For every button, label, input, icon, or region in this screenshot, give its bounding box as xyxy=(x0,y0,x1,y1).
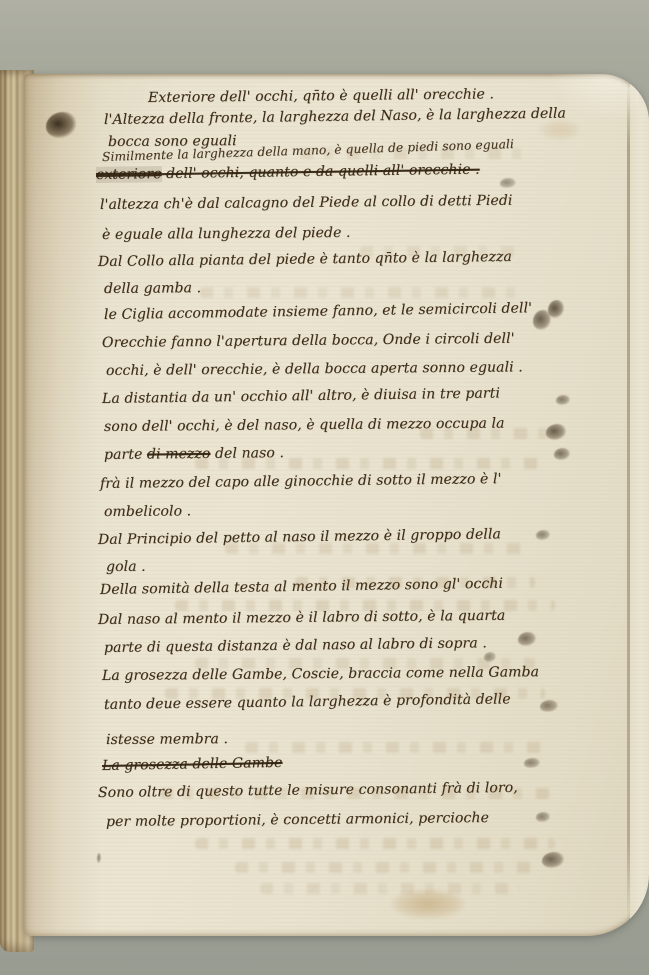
paper-stain xyxy=(540,120,580,140)
handwritten-text: del naso . xyxy=(210,445,284,462)
handwritten-text: ombelicolo . xyxy=(104,503,191,520)
paper-stain xyxy=(392,890,464,918)
ink-smudge xyxy=(542,852,564,868)
bleedthrough-ghost xyxy=(235,862,535,873)
handwritten-text: l'altezza ch'è dal calcagno del Piede al… xyxy=(100,193,513,213)
handwritten-text: è eguale alla lunghezza del piede . xyxy=(102,225,351,243)
ink-smudge xyxy=(556,395,570,405)
ink-smudge xyxy=(484,652,496,662)
manuscript-line: exteriore dell' occhi, quanto e da quell… xyxy=(96,162,480,183)
manuscript-line: l'altezza ch'è dal calcagno del Piede al… xyxy=(100,193,513,213)
ink-smudge xyxy=(46,112,76,138)
manuscript-line: occhi, è dell' orecchie, è della bocca a… xyxy=(106,359,523,379)
handwritten-text: gola . xyxy=(106,559,146,575)
handwritten-text: Della somità della testa al mento il mez… xyxy=(100,576,503,598)
bleedthrough-ghost xyxy=(195,838,555,849)
manuscript-line: della gamba . xyxy=(104,280,201,297)
manuscript-line: Dal naso al mento il mezzo è il labro di… xyxy=(98,608,506,628)
handwritten-text: Dal Principio del petto al naso il mezzo… xyxy=(98,526,501,548)
manuscript-line: ombelicolo . xyxy=(104,503,191,520)
bleedthrough-ghost xyxy=(200,287,520,298)
manuscript-line: Dal Principio del petto al naso il mezzo… xyxy=(98,526,501,548)
handwritten-text: parte di questa distanza è dal naso al l… xyxy=(104,635,487,656)
manuscript-line: per molte proportioni, è concetti armoni… xyxy=(106,810,489,830)
manuscript-line: parte di questa distanza è dal naso al l… xyxy=(104,635,487,656)
handwritten-text: La distantia da un' occhio all' altro, è… xyxy=(102,385,500,407)
handwritten-text: tanto deue essere quanto la larghezza è … xyxy=(104,691,511,713)
handwritten-text: Exteriore dell' occhi, qn̄to è quelli al… xyxy=(148,86,494,106)
handwritten-text: Dal naso al mento il mezzo è il labro di… xyxy=(98,608,506,628)
handwritten-text: frà il mezzo del capo alle ginocchie di … xyxy=(100,471,502,492)
handwritten-text: per molte proportioni, è concetti armoni… xyxy=(106,810,489,830)
manuscript-line: La grosezza delle Gambe xyxy=(102,755,283,774)
struck-text: di mezzo xyxy=(147,446,211,463)
struck-text: La grosezza delle Gambe xyxy=(102,755,283,774)
manuscript-line: Sono oltre di questo tutte le misure con… xyxy=(98,780,518,801)
manuscript-line: La grosezza delle Gambe, Coscie, braccia… xyxy=(102,664,539,684)
handwritten-text: Orecchie fanno l'apertura della bocca, O… xyxy=(102,331,515,351)
manuscript-line: istesse membra . xyxy=(106,731,228,748)
ink-smudge xyxy=(97,853,101,863)
handwritten-text: l'Altezza della fronte, la larghezza del… xyxy=(104,106,566,128)
manuscript-line: tanto deue essere quanto la larghezza è … xyxy=(104,691,511,713)
bleedthrough-ghost xyxy=(245,742,545,753)
handwritten-text: La grosezza delle Gambe, Coscie, braccia… xyxy=(102,664,539,684)
handwritten-text: istesse membra . xyxy=(106,731,228,748)
ink-smudge xyxy=(518,632,536,646)
manuscript-line: è eguale alla lunghezza del piede . xyxy=(102,225,351,243)
ink-smudge xyxy=(524,758,540,768)
handwritten-text: Dal Collo alla pianta del piede è tanto … xyxy=(98,249,512,270)
ink-smudge xyxy=(536,812,550,822)
ink-smudge xyxy=(554,448,570,460)
manuscript-line: Exteriore dell' occhi, qn̄to è quelli al… xyxy=(148,86,494,106)
bleedthrough-ghost xyxy=(260,883,520,894)
manuscript-line: Orecchie fanno l'apertura della bocca, O… xyxy=(102,331,515,351)
manuscript-photo: Exteriore dell' occhi, qn̄to è quelli al… xyxy=(0,0,649,975)
manuscript-line: Della somità della testa al mento il mez… xyxy=(100,576,503,598)
manuscript-line: Dal Collo alla pianta del piede è tanto … xyxy=(98,249,512,270)
ink-smudge xyxy=(548,300,564,318)
handwritten-text: sono dell' occhi, è del naso, è quella d… xyxy=(104,416,505,435)
page-content-overlay: Exteriore dell' occhi, qn̄to è quelli al… xyxy=(0,0,649,975)
ink-smudge xyxy=(533,310,551,330)
manuscript-line: le Ciglia accommodate insieme fanno, et … xyxy=(104,300,532,323)
manuscript-line: La distantia da un' occhio all' altro, è… xyxy=(102,385,500,407)
ink-smudge xyxy=(500,178,516,188)
handwritten-text: le Ciglia accommodate insieme fanno, et … xyxy=(104,300,532,323)
handwritten-text: Sono oltre di questo tutte le misure con… xyxy=(98,780,518,801)
handwritten-text: parte xyxy=(104,447,147,463)
struck-text: exteriore xyxy=(96,166,162,183)
handwritten-text: occhi, è dell' orecchie, è della bocca a… xyxy=(106,359,523,379)
ink-smudge xyxy=(536,530,550,540)
manuscript-line: gola . xyxy=(106,559,146,575)
handwritten-text: della gamba . xyxy=(104,280,201,297)
manuscript-line: sono dell' occhi, è del naso, è quella d… xyxy=(104,416,505,436)
ink-smudge xyxy=(546,424,566,440)
manuscript-line: l'Altezza della fronte, la larghezza del… xyxy=(104,106,566,129)
ink-smudge xyxy=(540,700,558,712)
manuscript-line: parte di mezzo del naso . xyxy=(104,445,284,463)
manuscript-line: frà il mezzo del capo alle ginocchie di … xyxy=(100,471,502,492)
struck-text: dell' occhi, quanto e da quelli all' ore… xyxy=(161,162,479,182)
